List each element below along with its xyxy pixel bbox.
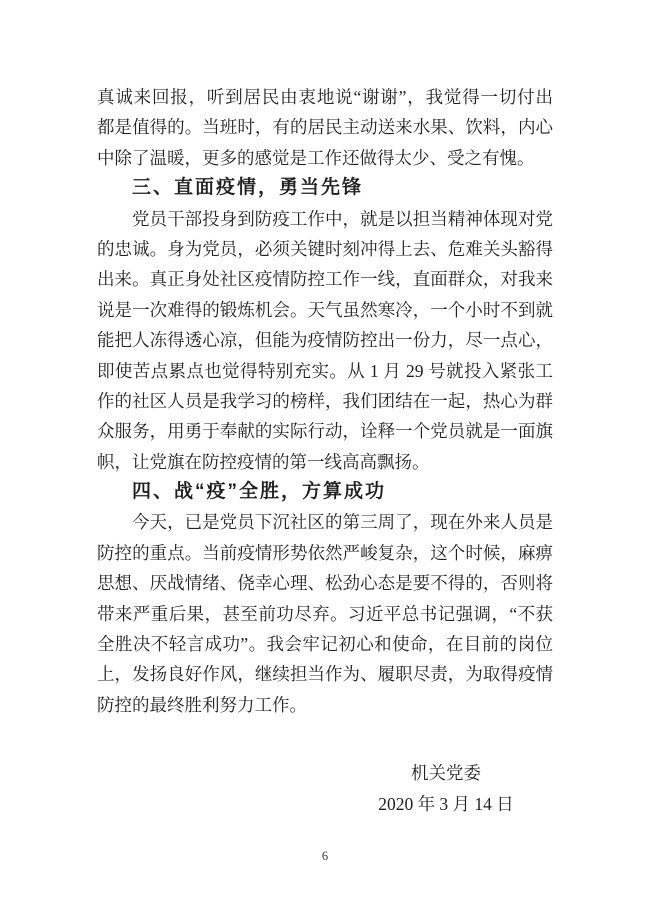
document-body: 真诚来回报，听到居民由衷地说“谢谢”，我觉得一切付出都是值得的。当班时，有的居民…	[97, 82, 553, 819]
text-line: 党员干部投身到防疫工作中，就是以担当精神体现对党	[97, 204, 553, 234]
text-line: 能把人冻得透心凉，但能为疫情防控出一份力，尽一点心，	[97, 325, 553, 355]
text-line: 说是一次难得的锻炼机会。天气虽然寒冷，一个小时不到就	[97, 295, 553, 325]
signature-block: 机关党委2020 年 3 月 14 日	[336, 758, 556, 819]
text-line: 上，发扬良好作风，继续担当作为、履职尽责，为取得疫情	[97, 659, 553, 689]
section-heading: 三、直面疫情，勇当先锋	[97, 173, 553, 203]
text-line: 思想、厌战情绪、侥幸心理、松劲心态是要不得的，否则将	[97, 568, 553, 598]
text-line: 作的社区人员是我学习的榜样，我们团结在一起，热心为群	[97, 386, 553, 416]
text-line: 出来。真正身处社区疫情防控工作一线，直面群众，对我来	[97, 264, 553, 294]
signature-author: 机关党委	[336, 758, 556, 788]
signature-date: 2020 年 3 月 14 日	[336, 789, 556, 819]
text-line: 的忠诚。身为党员，必须关键时刻冲得上去、危难关头豁得	[97, 234, 553, 264]
text-line: 帜，让党旗在防控疫情的第一线高高飘扬。	[97, 447, 553, 477]
text-line: 防控的重点。当前疫情形势依然严峻复杂，这个时候，麻痹	[97, 538, 553, 568]
document-page: 真诚来回报，听到居民由衷地说“谢谢”，我觉得一切付出都是值得的。当班时，有的居民…	[0, 0, 650, 919]
text-line: 真诚来回报，听到居民由衷地说“谢谢”，我觉得一切付出	[97, 82, 553, 112]
text-line: 即使苦点累点也觉得特别充实。从 1 月 29 号就投入紧张工	[97, 356, 553, 386]
text-line: 众服务，用勇于奉献的实际行动，诠释一个党员就是一面旗	[97, 416, 553, 446]
section-heading: 四、战“疫”全胜，方算成功	[97, 477, 553, 507]
page-number: 6	[0, 849, 650, 863]
text-line: 都是值得的。当班时，有的居民主动送来水果、饮料，内心	[97, 112, 553, 142]
text-line: 中除了温暖，更多的感觉是工作还做得太少、受之有愧。	[97, 143, 553, 173]
text-line: 今天，已是党员下沉社区的第三周了，现在外来人员是	[97, 507, 553, 537]
text-line: 带来严重后果，甚至前功尽弃。习近平总书记强调，“不获	[97, 599, 553, 629]
text-line: 防控的最终胜利努力工作。	[97, 690, 553, 720]
text-line: 全胜决不轻言成功”。我会牢记初心和使命，在目前的岗位	[97, 629, 553, 659]
